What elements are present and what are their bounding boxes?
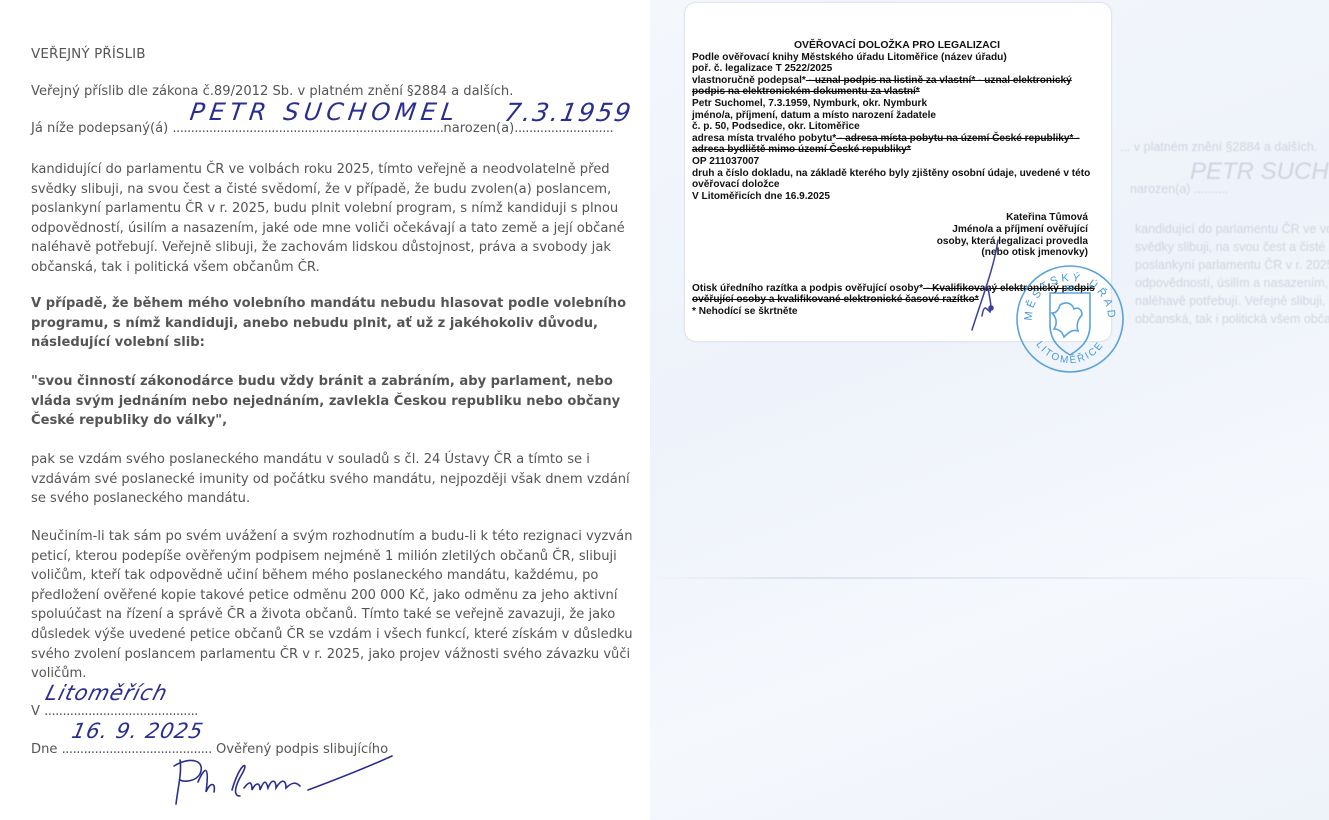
show-through-text: občanská, tak i politická všem občanům Č… xyxy=(1135,312,1329,326)
signer-label: Já níže podepsaný(á) xyxy=(31,121,168,136)
clause-document-id: OP 211037007 xyxy=(692,156,1102,168)
paragraph-petition: Neučiním-li tak sám po svém uvážení a sv… xyxy=(31,527,639,684)
svg-text:LITOMĚŘICE: LITOMĚŘICE xyxy=(1034,339,1107,366)
clause-signature-type: vlastnoručně podepsal* - uznal podpis na… xyxy=(692,75,1102,98)
show-through-text: odpovědností, úsilím a nasazením, jaké o… xyxy=(1135,276,1329,290)
document-title: VEŘEJNÝ PŘÍSLIB xyxy=(31,45,639,65)
verifier-label-2: osoby, která legalizaci provedla xyxy=(692,236,1102,248)
show-through-text: svědky slibuji, na svou čest a čisté svě… xyxy=(1135,240,1329,254)
place-label: V xyxy=(31,704,40,719)
date-label: Dne xyxy=(31,742,57,757)
clause-legalization-number: poř. č. legalizace T 2522/2025 xyxy=(692,63,1102,75)
show-through-text: naléhavě potřebují. Veřejně slibuji, že … xyxy=(1135,294,1329,308)
clause-address-type: adresa místa trvalého pobytu* - adresa m… xyxy=(692,133,1102,156)
public-pledge-page: VEŘEJNÝ PŘÍSLIB Veřejný příslib dle záko… xyxy=(0,0,650,820)
clause-applicant-label: jméno/a, příjmení, datum a místo narozen… xyxy=(692,110,1102,122)
verifier-signature xyxy=(968,238,1008,333)
address-label: adresa místa trvalého pobytu* xyxy=(692,133,836,144)
show-through-text: poslankyní parlamentu ČR v r. 2025, budu… xyxy=(1135,258,1329,272)
paper-crease xyxy=(650,577,1329,579)
paragraph-resignation: pak se vzdám svého poslaneckého mandátu … xyxy=(31,450,639,509)
verification-page: ... v platném znění §2884 a dalších. PET… xyxy=(650,0,1329,820)
seal-number: 69 xyxy=(1066,284,1075,293)
seal-bottom-text: LITOMĚŘICE xyxy=(1034,339,1107,366)
stamp-label: Otisk úředního razítka a podpis ověřujíc… xyxy=(692,283,923,294)
clause-address: č. p. 50, Podsedice, okr. Litoměřice xyxy=(692,121,1102,133)
clause-register-line: Podle ověřovací knihy Městského úřadu Li… xyxy=(692,52,1102,64)
clause-applicant: Petr Suchomel, 7.3.1959, Nymburk, okr. N… xyxy=(692,98,1102,110)
verifier-label-3: (nebo otisk jmenovky) xyxy=(692,247,1102,259)
handwritten-date-of-birth: 7.3.1959 xyxy=(503,103,634,123)
show-through-text: kandidující do parlamentu ČR ve volbách … xyxy=(1135,222,1329,236)
verifier-name: Kateřina Tůmová xyxy=(692,212,1102,224)
place-dotted-field: ........................................… xyxy=(44,704,198,719)
show-through-text: ... v platném znění §2884 a dalších. xyxy=(1120,140,1317,154)
clause-title: OVĚŘOVACÍ DOLOŽKA PRO LEGALIZACI xyxy=(692,40,1102,52)
clause-place-date: V Litoměřicích dne 16.9.2025 xyxy=(692,191,1102,203)
clause-document-label: druh a číslo dokladu, na základě kterého… xyxy=(692,168,1102,191)
show-through-text: narozen(a) .......... xyxy=(1130,182,1229,196)
signed-own-hand: vlastnoručně podepsal* xyxy=(692,75,806,86)
paragraph-quote: "svou činností zákonodárce budu vždy brá… xyxy=(31,372,639,431)
verifier-label-1: Jméno/a a příjmení ověřující xyxy=(692,224,1102,236)
handwritten-place: Litoměřích xyxy=(43,684,170,704)
handwritten-signer-name: PETR SUCHOMEL xyxy=(189,103,461,123)
handwritten-signature xyxy=(170,752,400,812)
paragraph-pledge: kandidující do parlamentu ČR ve volbách … xyxy=(31,160,639,278)
official-seal-icon: MĚSTSKÝ ÚŘAD LITOMĚŘICE 69 xyxy=(1014,263,1126,375)
handwritten-date: 16. 9. 2025 xyxy=(70,722,205,742)
paragraph-condition: V případě, že během mého volebního mandá… xyxy=(31,294,639,353)
